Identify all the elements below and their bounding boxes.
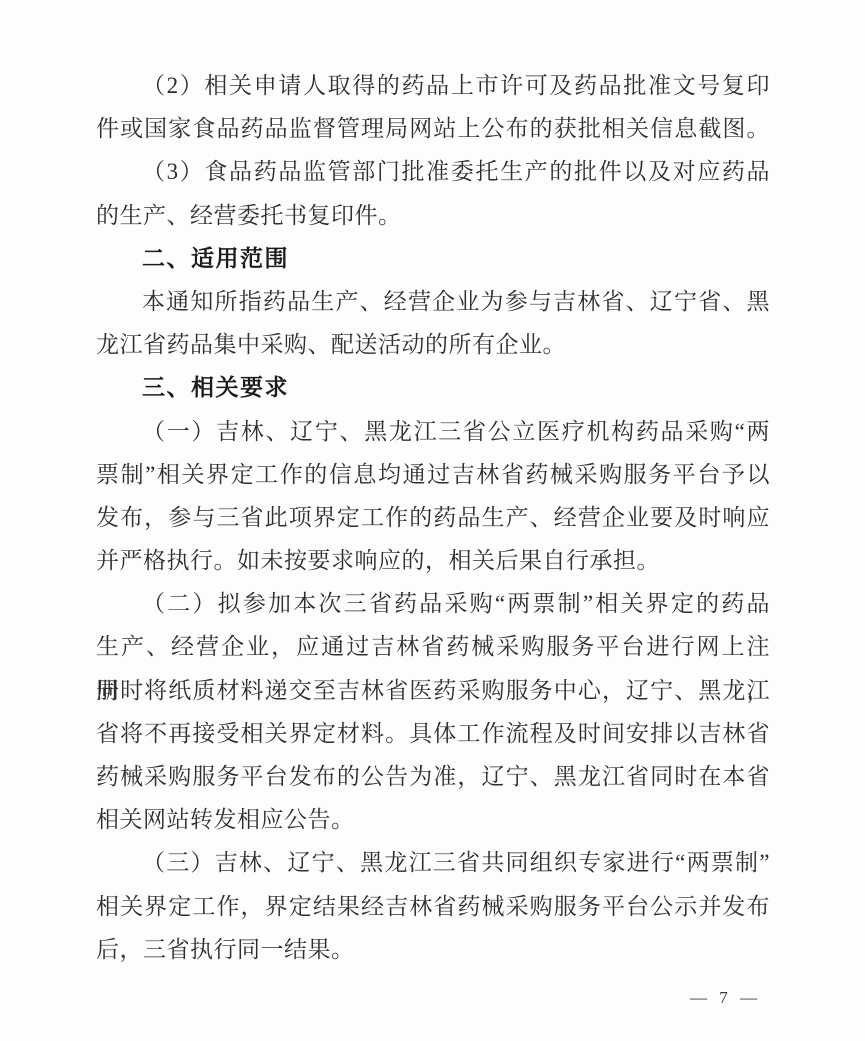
- section-heading-scope: 二、适用范围: [96, 237, 770, 280]
- document-body: （2）相关申请人取得的药品上市许可及药品批准文号复印 件或国家食品药品监督管理局…: [96, 64, 770, 971]
- text-line: 的生产、经营委托书复印件。: [96, 194, 770, 237]
- text-line: 生产、经营企业，应通过吉林省药械采购服务平台进行网上注册，: [96, 625, 770, 668]
- text-line: （2）相关申请人取得的药品上市许可及药品批准文号复印: [96, 64, 770, 107]
- text-line: 票制”相关界定工作的信息均通过吉林省药械采购服务平台予以: [96, 453, 770, 496]
- document-page: （2）相关申请人取得的药品上市许可及药品批准文号复印 件或国家食品药品监督管理局…: [0, 0, 865, 1041]
- text-line: 发布，参与三省此项界定工作的药品生产、经营企业要及时响应: [96, 496, 770, 539]
- text-line: 省将不再接受相关界定材料。具体工作流程及时间安排以吉林省: [96, 712, 770, 755]
- text-line: 相关网站转发相应公告。: [96, 798, 770, 841]
- text-line: 药械采购服务平台发布的公告为准，辽宁、黑龙江省同时在本省: [96, 755, 770, 798]
- text-line: 龙江省药品集中采购、配送活动的所有企业。: [96, 323, 770, 366]
- page-number: — 7 —: [690, 988, 761, 1008]
- section-heading-requirements: 三、相关要求: [96, 366, 770, 409]
- text-line: （三）吉林、辽宁、黑龙江三省共同组织专家进行“两票制”: [96, 841, 770, 884]
- text-line: 并严格执行。如未按要求响应的，相关后果自行承担。: [96, 539, 770, 582]
- text-line: （一）吉林、辽宁、黑龙江三省公立医疗机构药品采购“两: [96, 410, 770, 453]
- text-line: 件或国家食品药品监督管理局网站上公布的获批相关信息截图。: [96, 107, 770, 150]
- text-line: 本通知所指药品生产、经营企业为参与吉林省、辽宁省、黑: [96, 280, 770, 323]
- text-line: 同时将纸质材料递交至吉林省医药采购服务中心，辽宁、黑龙江: [96, 669, 770, 712]
- text-line: （3）食品药品监管部门批准委托生产的批件以及对应药品: [96, 150, 770, 193]
- text-line: 后，三省执行同一结果。: [96, 928, 770, 971]
- text-line: 相关界定工作，界定结果经吉林省药械采购服务平台公示并发布: [96, 885, 770, 928]
- text-line: （二）拟参加本次三省药品采购“两票制”相关界定的药品: [96, 582, 770, 625]
